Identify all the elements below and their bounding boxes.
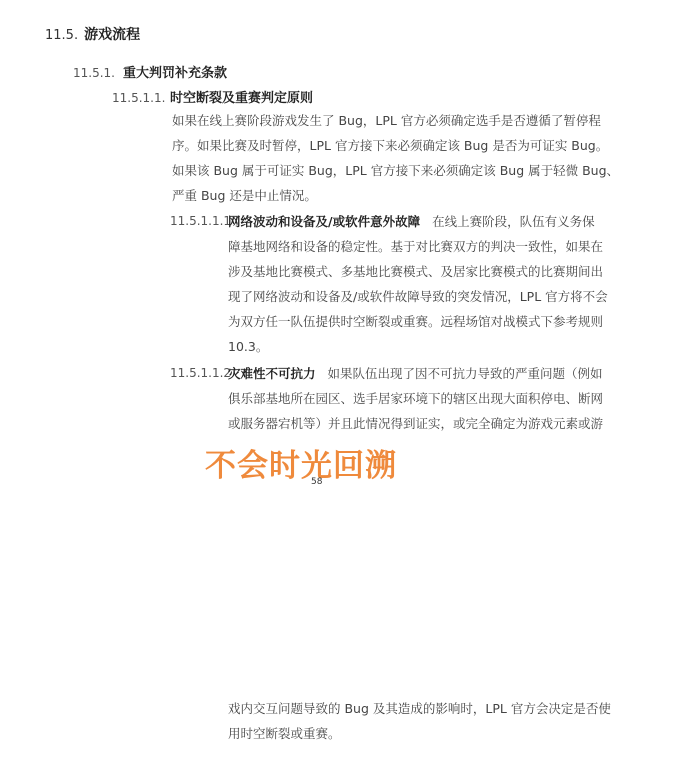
section-number: 11.5.	[45, 28, 78, 43]
item-number: 11.5.1.1.1	[170, 209, 231, 234]
paragraph-line: 严重 Bug 还是中止情况。	[172, 183, 619, 208]
item-body: 网络波动和设备及/或软件意外故障在线上赛阶段，队伍有义务保 障基地网络和设备的稳…	[228, 209, 608, 359]
item-line: 现了网络波动和设备及/或软件故障导致的突发情况，LPL 官方将不会	[228, 284, 608, 309]
section-title: 游戏流程	[84, 27, 140, 43]
subsubsection-heading: 11.5.1.1.时空断裂及重赛判定原则	[112, 87, 313, 106]
paragraph-line: 序。如果比赛及时暂停，LPL 官方接下来必须确定该 Bug 是否为可证实 Bug…	[172, 133, 619, 158]
item-line: 或服务器宕机等）并且此情况得到证实，或完全确定为游戏元素或游	[228, 411, 603, 436]
subsection-title: 重大判罚补充条款	[123, 66, 227, 81]
item-line: 俱乐部基地所在园区、选手居家环境下的辖区出现大面积停电、断网	[228, 386, 603, 411]
overlay-caption: 不会时光回溯	[205, 440, 397, 485]
item-line: 10.3。	[228, 334, 608, 359]
item-line: 为双方任一队伍提供时空断裂或重赛。远程场馆对战模式下参考规则	[228, 309, 608, 334]
item-line: 涉及基地比赛模式、多基地比赛模式、及居家比赛模式的比赛期间出	[228, 259, 608, 284]
item-first-line: 在线上赛阶段，队伍有义务保	[432, 214, 595, 229]
paragraph-line: 如果在线上赛阶段游戏发生了 Bug，LPL 官方必须确定选手是否遵循了暂停程	[172, 108, 619, 133]
item-title: 网络波动和设备及/或软件意外故障	[228, 214, 420, 229]
subsection-number: 11.5.1.	[73, 66, 115, 80]
item-title: 灾难性不可抗力	[228, 366, 316, 381]
section-heading: 11.5.游戏流程	[45, 24, 140, 44]
item-first-line: 如果队伍出现了因不可抗力导致的严重问题（例如	[328, 366, 603, 381]
item-body: 灾难性不可抗力如果队伍出现了因不可抗力导致的严重问题（例如 俱乐部基地所在园区、…	[228, 361, 603, 436]
paragraph-line: 如果该 Bug 属于可证实 Bug，LPL 官方接下来必须确定该 Bug 属于轻…	[172, 158, 619, 183]
continuation-text: 戏内交互问题导致的 Bug 及其造成的影响时，LPL 官方会决定是否使 用时空断…	[228, 696, 611, 746]
rule-paragraph: 如果在线上赛阶段游戏发生了 Bug，LPL 官方必须确定选手是否遵循了暂停程 序…	[172, 108, 619, 208]
continuation-line: 用时空断裂或重赛。	[228, 721, 611, 746]
subsection-heading: 11.5.1.重大判罚补充条款	[73, 62, 227, 81]
subsubsection-number: 11.5.1.1.	[112, 91, 170, 105]
page-number: 58	[311, 477, 322, 487]
item-line: 障基地网络和设备的稳定性。基于对比赛双方的判决一致性，如果在	[228, 234, 608, 259]
continuation-line: 戏内交互问题导致的 Bug 及其造成的影响时，LPL 官方会决定是否使	[228, 696, 611, 721]
item-number: 11.5.1.1.2	[170, 361, 231, 386]
subsubsection-title: 时空断裂及重赛判定原则	[170, 91, 313, 106]
